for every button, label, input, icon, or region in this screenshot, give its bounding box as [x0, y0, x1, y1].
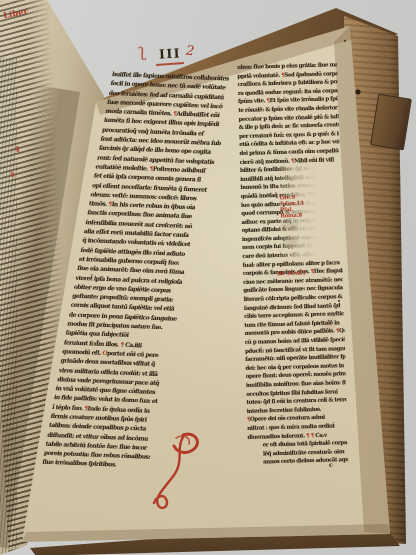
red-flourish-right: 2: [185, 44, 195, 60]
margin-citations: Gre.91.Cor.13Pſal.Roma.8: [280, 195, 304, 220]
text-column-right: ubus: ſiue bonis p eius grãtia: ſiue mal…: [237, 61, 348, 468]
red-flourish-left: ʃ: [139, 45, 145, 61]
margin-citation: Roma.8: [280, 213, 304, 220]
photo-of-open-incunable: Liber ʃ III 2 buiſſet ille ſapiens miniſ…: [0, 0, 416, 555]
folio-number: III: [159, 45, 182, 61]
clasp-remnant: [370, 94, 412, 151]
red-initial-flourish: [150, 430, 204, 522]
margin-citation-lower: De 36.di.1: [277, 270, 306, 277]
dark-speck: [344, 40, 346, 42]
folio-header: ʃ III 2: [140, 43, 210, 69]
quire-signature: c: [329, 461, 333, 469]
red-underline: [156, 62, 184, 66]
